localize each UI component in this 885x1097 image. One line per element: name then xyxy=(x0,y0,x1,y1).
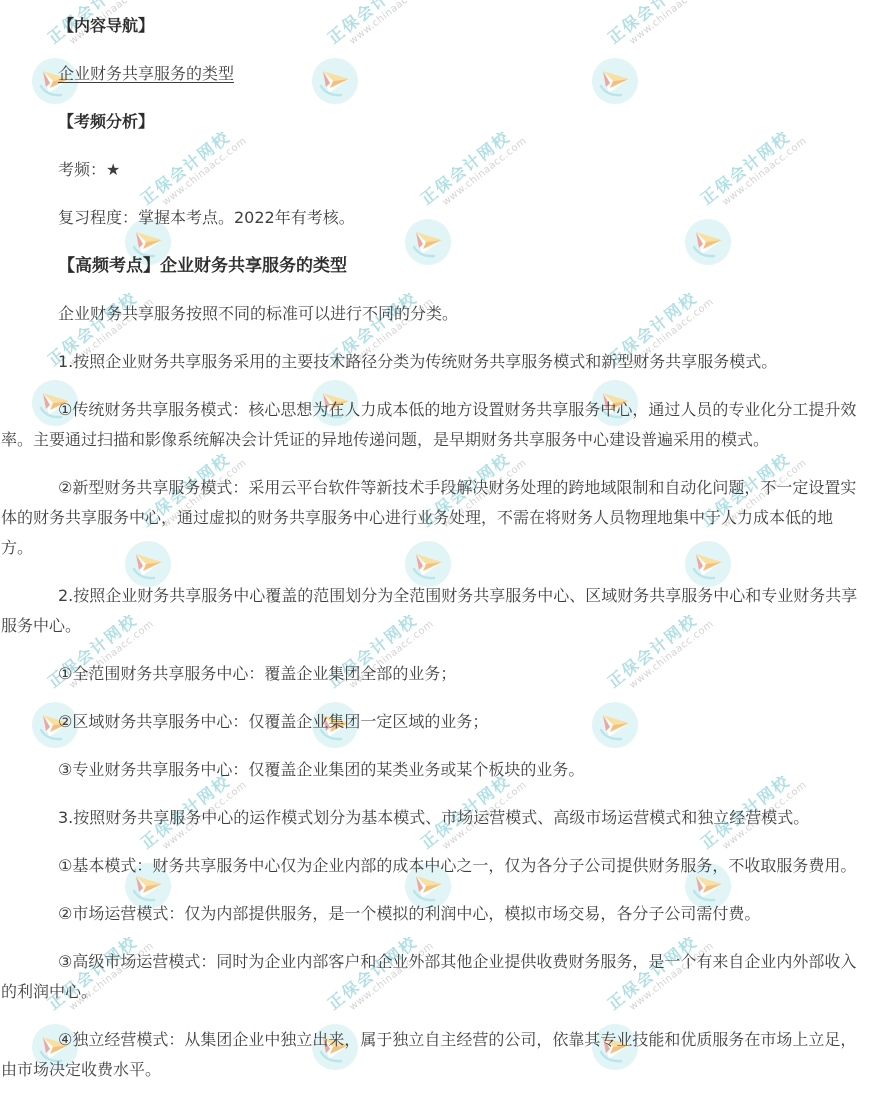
text-line: ①全范围财务共享服务中心：覆盖企业集团全部的业务； xyxy=(0,659,885,689)
item-2-2: ②区域财务共享服务中心：仅覆盖企业集团一定区域的业务； xyxy=(0,707,885,737)
item-2-1: ①全范围财务共享服务中心：覆盖企业集团全部的业务； xyxy=(0,659,885,689)
document-page: 正保会计网校www.chinaacc.com正保会计网校www.chinaacc… xyxy=(0,0,885,1097)
text-line: ③高级市场运营模式：同时为企业内部客户和企业外部其他企业提供收费财务服务，是一个… xyxy=(0,947,885,977)
hot-topic-heading: 【高频考点】企业财务共享服务的类型 xyxy=(0,251,885,281)
item-3: 3.按照财务共享服务中心的运作模式划分为基本模式、市场运营模式、高级市场运营模式… xyxy=(0,803,885,833)
text-line: ①基本模式：财务共享服务中心仅为企业内部的成本中心之一，仅为各分子公司提供财务服… xyxy=(0,851,885,881)
text-line: ②新型财务共享服务模式：采用云平台软件等新技术手段解决财务处理的跨地域限制和自动… xyxy=(0,473,885,503)
text-line: 【内容导航】 xyxy=(0,11,885,41)
freq-heading: 【考频分析】 xyxy=(0,107,885,137)
text-line: 考频：★ xyxy=(0,155,885,185)
text-line: 服务中心。 xyxy=(0,611,885,641)
text-line: 率。主要通过扫描和影像系统解决会计凭证的异地传递问题，是早期财务共享服务中心建设… xyxy=(0,425,885,455)
text-line: ②市场运营模式：仅为内部提供服务，是一个模拟的利润中心，模拟市场交易，各分子公司… xyxy=(0,899,885,929)
item-1-1: ①传统财务共享服务模式：核心思想为在人力成本低的地方设置财务共享服务中心，通过人… xyxy=(0,395,885,455)
document-content: 【内容导航】企业财务共享服务的类型【考频分析】考频：★复习程度：掌握本考点。20… xyxy=(0,0,885,1097)
review-line: 复习程度：掌握本考点。2022年有考核。 xyxy=(0,203,885,233)
text-line: ④独立经营模式：从集团企业中独立出来，属于独立自主经营的公司，依靠其专业技能和优… xyxy=(0,1025,885,1055)
nav-link: 企业财务共享服务的类型 xyxy=(0,59,885,89)
text-line: 2.按照企业财务共享服务中心覆盖的范围划分为全范围财务共享服务中心、区域财务共享… xyxy=(0,581,885,611)
item-3-2: ②市场运营模式：仅为内部提供服务，是一个模拟的利润中心，模拟市场交易，各分子公司… xyxy=(0,899,885,929)
nav-heading: 【内容导航】 xyxy=(0,11,885,41)
text-line: 3.按照财务共享服务中心的运作模式划分为基本模式、市场运营模式、高级市场运营模式… xyxy=(0,803,885,833)
text-line: 企业财务共享服务按照不同的标准可以进行不同的分类。 xyxy=(0,299,885,329)
freq-line: 考频：★ xyxy=(0,155,885,185)
text-line: 【高频考点】企业财务共享服务的类型 xyxy=(0,251,885,281)
item-3-4: ④独立经营模式：从集团企业中独立出来，属于独立自主经营的公司，依靠其专业技能和优… xyxy=(0,1025,885,1085)
text-line: ②区域财务共享服务中心：仅覆盖企业集团一定区域的业务； xyxy=(0,707,885,737)
item-1-2: ②新型财务共享服务模式：采用云平台软件等新技术手段解决财务处理的跨地域限制和自动… xyxy=(0,473,885,563)
text-line: 由市场决定收费水平。 xyxy=(0,1055,885,1085)
item-2-3: ③专业财务共享服务中心：仅覆盖企业集团的某类业务或某个板块的业务。 xyxy=(0,755,885,785)
text-line: 体的财务共享服务中心，通过虚拟的财务共享服务中心进行业务处理，不需在将财务人员物… xyxy=(0,503,885,533)
text-line: ①传统财务共享服务模式：核心思想为在人力成本低的地方设置财务共享服务中心，通过人… xyxy=(0,395,885,425)
text-line: 【考频分析】 xyxy=(0,107,885,137)
item-3-3: ③高级市场运营模式：同时为企业内部客户和企业外部其他企业提供收费财务服务，是一个… xyxy=(0,947,885,1007)
text-line: ③专业财务共享服务中心：仅覆盖企业集团的某类业务或某个板块的业务。 xyxy=(0,755,885,785)
item-3-1: ①基本模式：财务共享服务中心仅为企业内部的成本中心之一，仅为各分子公司提供财务服… xyxy=(0,851,885,881)
item-2: 2.按照企业财务共享服务中心覆盖的范围划分为全范围财务共享服务中心、区域财务共享… xyxy=(0,581,885,641)
intro: 企业财务共享服务按照不同的标准可以进行不同的分类。 xyxy=(0,299,885,329)
text-line: 的利润中心。 xyxy=(0,977,885,1007)
item-1: 1.按照企业财务共享服务采用的主要技术路径分类为传统财务共享服务模式和新型财务共… xyxy=(0,347,885,377)
text-line: 复习程度：掌握本考点。2022年有考核。 xyxy=(0,203,885,233)
text-line: 方。 xyxy=(0,533,885,563)
nav-link-text[interactable]: 企业财务共享服务的类型 xyxy=(0,59,885,89)
text-line: 1.按照企业财务共享服务采用的主要技术路径分类为传统财务共享服务模式和新型财务共… xyxy=(0,347,885,377)
